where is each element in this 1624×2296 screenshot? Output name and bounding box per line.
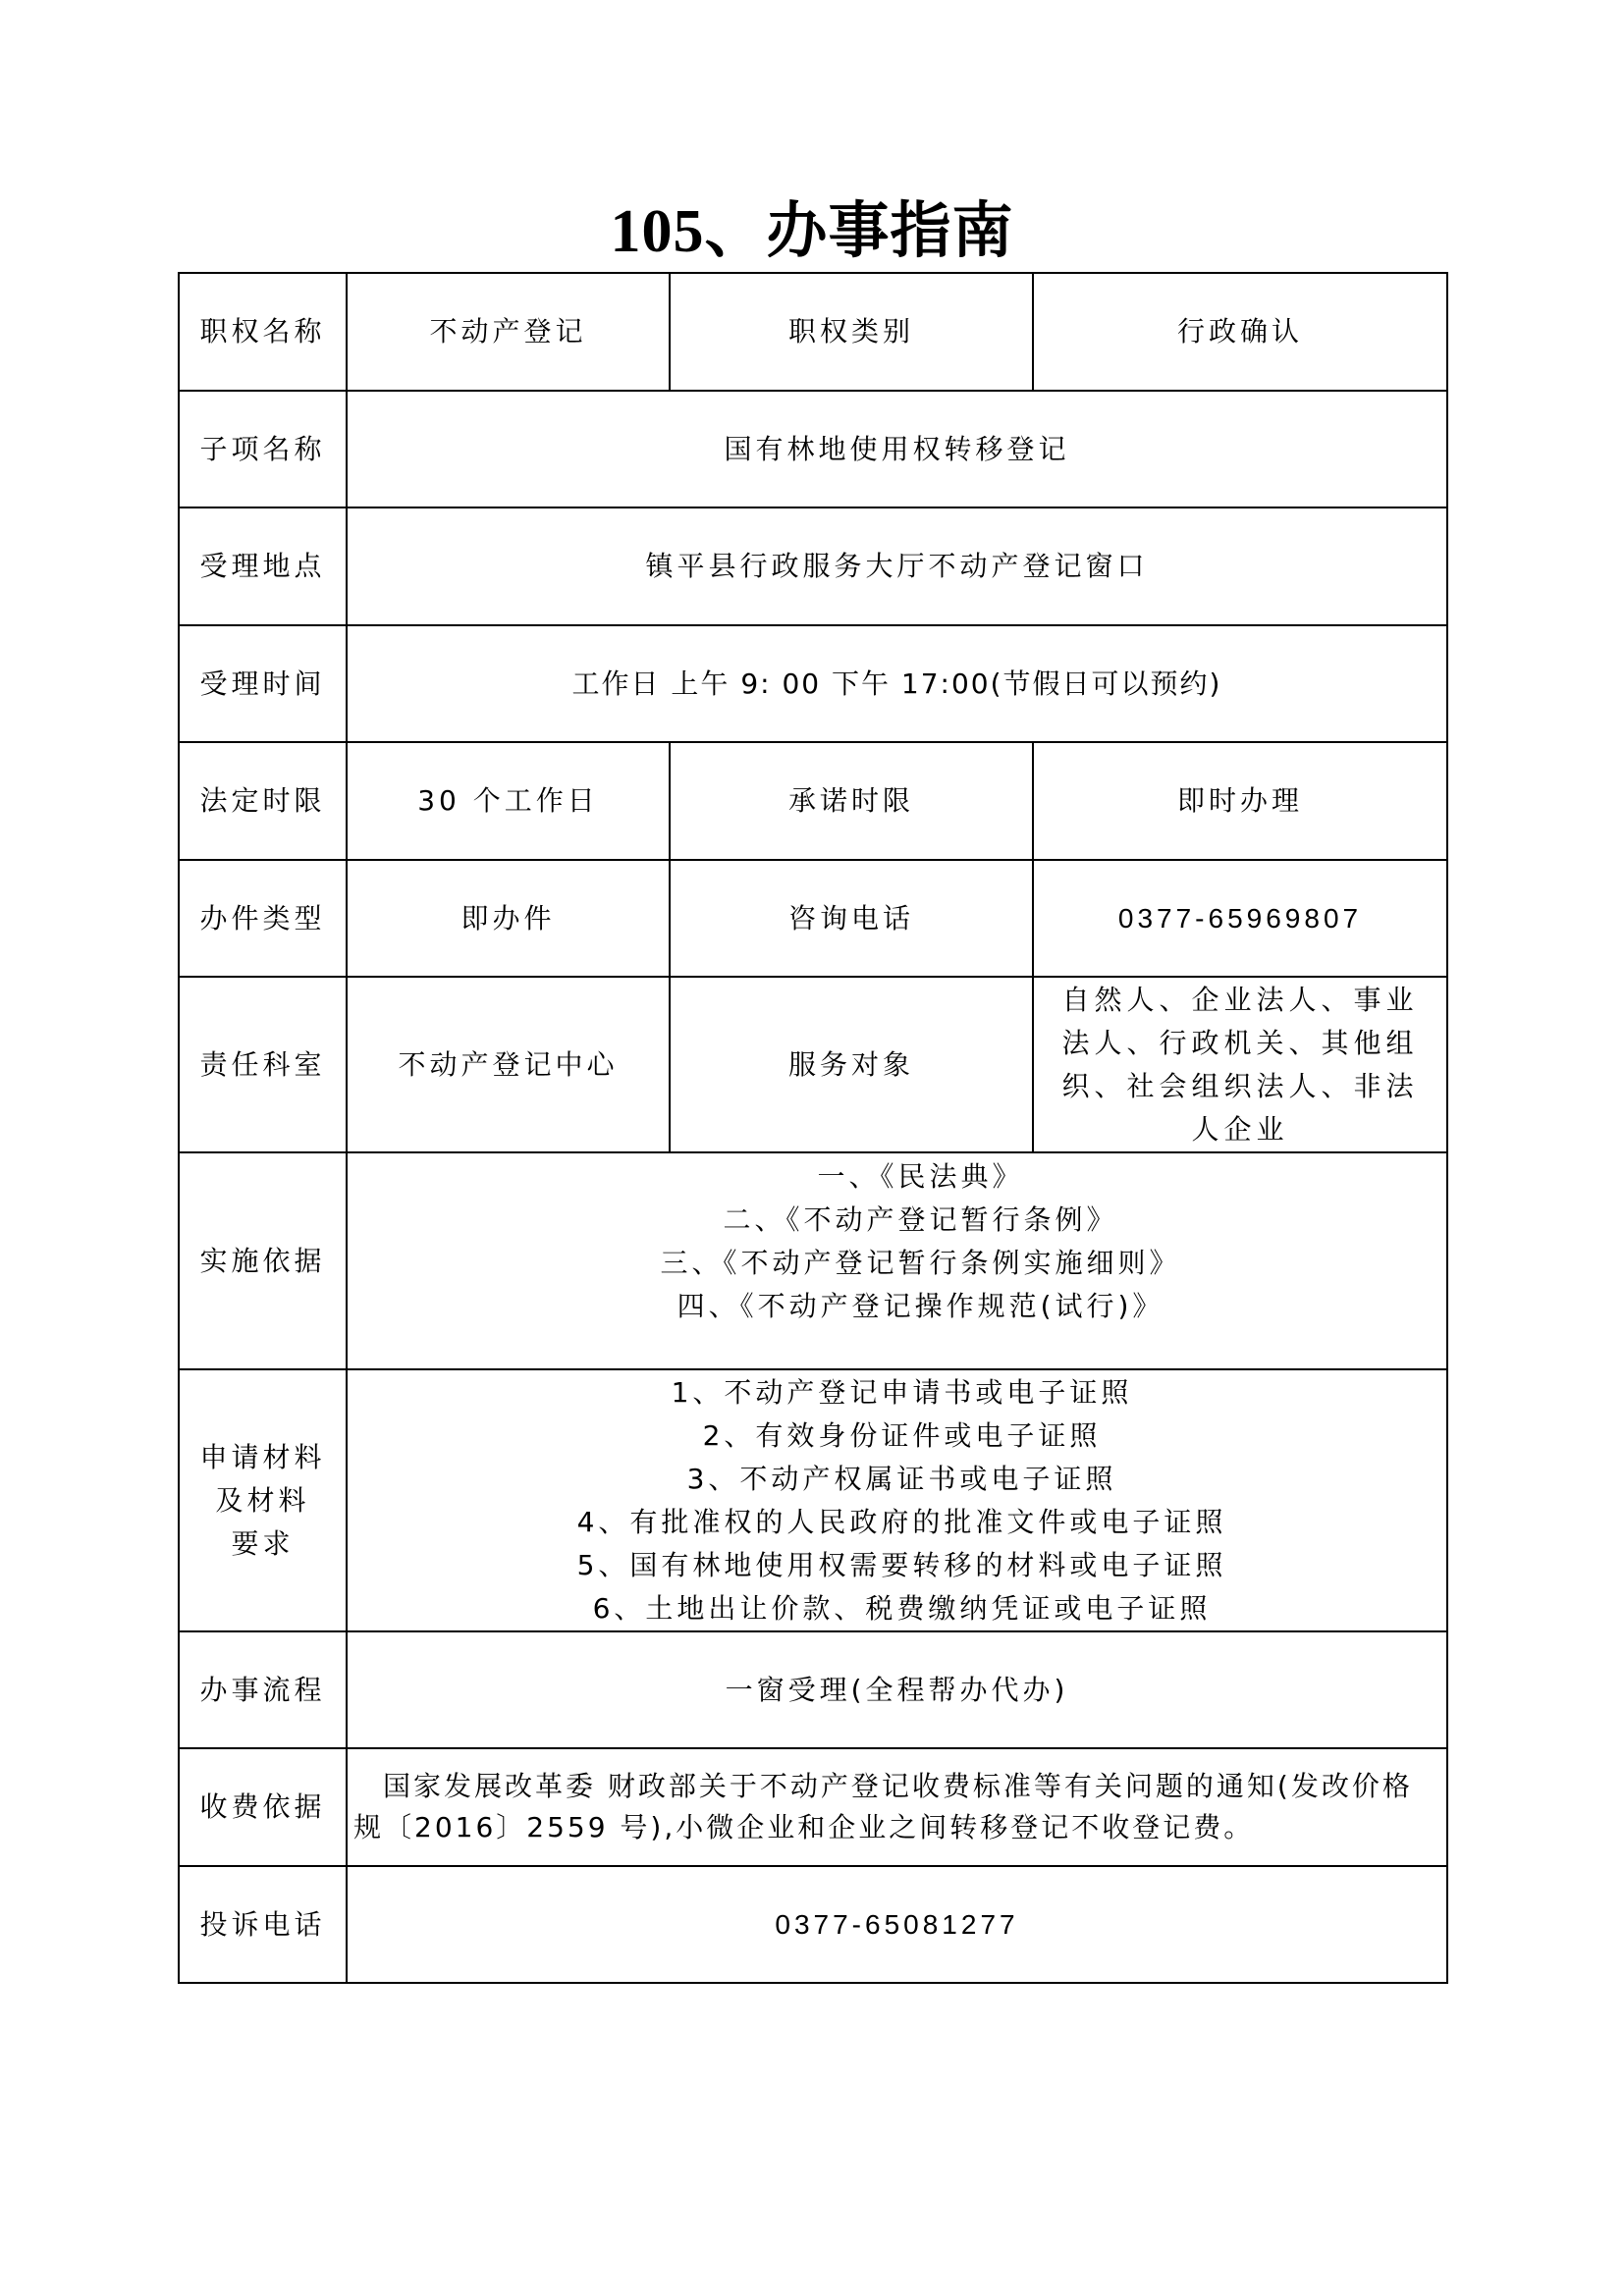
value-authority-name: 不动产登记 bbox=[347, 273, 670, 391]
value-hours: 工作日 上午 9: 00 下午 17:00(节假日可以预约) bbox=[347, 625, 1447, 742]
legal-basis-item: 二、《不动产登记暂行条例》 bbox=[408, 1199, 1433, 1242]
label-authority-name: 职权名称 bbox=[179, 273, 347, 391]
fee-basis-text: 国家发展改革委 财政部关于不动产登记收费标准等有关问题的通知(发改价格规〔201… bbox=[353, 1770, 1413, 1843]
label-service-target: 服务对象 bbox=[670, 977, 1033, 1152]
label-complaint-phone: 投诉电话 bbox=[179, 1866, 347, 1983]
value-legal-basis: 一、《民法典》 二、《不动产登记暂行条例》 三、《不动产登记暂行条例实施细则》 … bbox=[347, 1152, 1447, 1369]
row-time-limit: 法定时限 30 个工作日 承诺时限 即时办理 bbox=[179, 742, 1447, 860]
legal-basis-item: 三、《不动产登记暂行条例实施细则》 bbox=[408, 1242, 1433, 1285]
material-item: 1、不动产登记申请书或电子证照 bbox=[371, 1371, 1433, 1415]
legal-basis-item: 四、《不动产登记操作规范(试行)》 bbox=[408, 1285, 1433, 1328]
service-guide-table: 职权名称 不动产登记 职权类别 行政确认 子项名称 国有林地使用权转移登记 受理… bbox=[178, 272, 1448, 1984]
label-materials-line: 要求 bbox=[193, 1522, 332, 1566]
label-materials-line: 申请材料 bbox=[193, 1436, 332, 1479]
label-legal-basis: 实施依据 bbox=[179, 1152, 347, 1369]
row-location: 受理地点 镇平县行政服务大厅不动产登记窗口 bbox=[179, 507, 1447, 625]
row-sub-item: 子项名称 国有林地使用权转移登记 bbox=[179, 391, 1447, 507]
row-process: 办事流程 一窗受理(全程帮办代办) bbox=[179, 1631, 1447, 1748]
label-sub-item: 子项名称 bbox=[179, 391, 347, 507]
row-legal-basis: 实施依据 一、《民法典》 二、《不动产登记暂行条例》 三、《不动产登记暂行条例实… bbox=[179, 1152, 1447, 1369]
material-item: 2、有效身份证件或电子证照 bbox=[371, 1415, 1433, 1458]
row-department: 责任科室 不动产登记中心 服务对象 自然人、企业法人、事业 法人、行政机关、其他… bbox=[179, 977, 1447, 1152]
service-target-line: 自然人、企业法人、事业 bbox=[1042, 979, 1438, 1022]
fee-basis-paragraph: 国家发展改革委 财政部关于不动产登记收费标准等有关问题的通知(发改价格规〔201… bbox=[353, 1766, 1438, 1848]
row-materials: 申请材料 及材料 要求 1、不动产登记申请书或电子证照 2、有效身份证件或电子证… bbox=[179, 1369, 1447, 1631]
label-materials-line: 及材料 bbox=[193, 1479, 332, 1522]
value-sub-item: 国有林地使用权转移登记 bbox=[347, 391, 1447, 507]
row-case-type: 办件类型 即办件 咨询电话 0377-65969807 bbox=[179, 860, 1447, 977]
value-fee-basis: 国家发展改革委 财政部关于不动产登记收费标准等有关问题的通知(发改价格规〔201… bbox=[347, 1748, 1447, 1866]
material-item: 6、土地出让价款、税费缴纳凭证或电子证照 bbox=[371, 1587, 1433, 1630]
label-process: 办事流程 bbox=[179, 1631, 347, 1748]
value-materials: 1、不动产登记申请书或电子证照 2、有效身份证件或电子证照 3、不动产权属证书或… bbox=[347, 1369, 1447, 1631]
legal-basis-list: 一、《民法典》 二、《不动产登记暂行条例》 三、《不动产登记暂行条例实施细则》 … bbox=[408, 1155, 1433, 1328]
legal-basis-item: 一、《民法典》 bbox=[408, 1155, 1433, 1199]
material-item: 3、不动产权属证书或电子证照 bbox=[371, 1458, 1433, 1501]
value-legal-time-limit: 30 个工作日 bbox=[347, 742, 670, 860]
service-target-line: 法人、行政机关、其他组 bbox=[1042, 1022, 1438, 1065]
label-materials: 申请材料 及材料 要求 bbox=[179, 1369, 347, 1631]
row-authority-name: 职权名称 不动产登记 职权类别 行政确认 bbox=[179, 273, 1447, 391]
value-department: 不动产登记中心 bbox=[347, 977, 670, 1152]
label-fee-basis: 收费依据 bbox=[179, 1748, 347, 1866]
label-department: 责任科室 bbox=[179, 977, 347, 1152]
value-case-type: 即办件 bbox=[347, 860, 670, 977]
value-process: 一窗受理(全程帮办代办) bbox=[347, 1631, 1447, 1748]
label-case-type: 办件类型 bbox=[179, 860, 347, 977]
value-complaint-phone: 0377-65081277 bbox=[347, 1866, 1447, 1983]
label-consult-phone: 咨询电话 bbox=[670, 860, 1033, 977]
label-location: 受理地点 bbox=[179, 507, 347, 625]
value-consult-phone: 0377-65969807 bbox=[1033, 860, 1447, 977]
materials-list: 1、不动产登记申请书或电子证照 2、有效身份证件或电子证照 3、不动产权属证书或… bbox=[371, 1371, 1433, 1630]
service-target-line: 人企业 bbox=[1042, 1108, 1438, 1151]
value-location: 镇平县行政服务大厅不动产登记窗口 bbox=[347, 507, 1447, 625]
material-item: 5、国有林地使用权需要转移的材料或电子证照 bbox=[371, 1544, 1433, 1587]
material-item: 4、有批准权的人民政府的批准文件或电子证照 bbox=[371, 1501, 1433, 1544]
label-hours: 受理时间 bbox=[179, 625, 347, 742]
row-fee-basis: 收费依据 国家发展改革委 财政部关于不动产登记收费标准等有关问题的通知(发改价格… bbox=[179, 1748, 1447, 1866]
label-promised-time-limit: 承诺时限 bbox=[670, 742, 1033, 860]
value-service-target: 自然人、企业法人、事业 法人、行政机关、其他组 织、社会组织法人、非法 人企业 bbox=[1033, 977, 1447, 1152]
value-promised-time-limit: 即时办理 bbox=[1033, 742, 1447, 860]
service-target-line: 织、社会组织法人、非法 bbox=[1042, 1065, 1438, 1108]
value-authority-category: 行政确认 bbox=[1033, 273, 1447, 391]
page-title: 105、办事指南 bbox=[0, 192, 1624, 271]
label-authority-category: 职权类别 bbox=[670, 273, 1033, 391]
row-hours: 受理时间 工作日 上午 9: 00 下午 17:00(节假日可以预约) bbox=[179, 625, 1447, 742]
label-legal-time-limit: 法定时限 bbox=[179, 742, 347, 860]
row-complaint: 投诉电话 0377-65081277 bbox=[179, 1866, 1447, 1983]
